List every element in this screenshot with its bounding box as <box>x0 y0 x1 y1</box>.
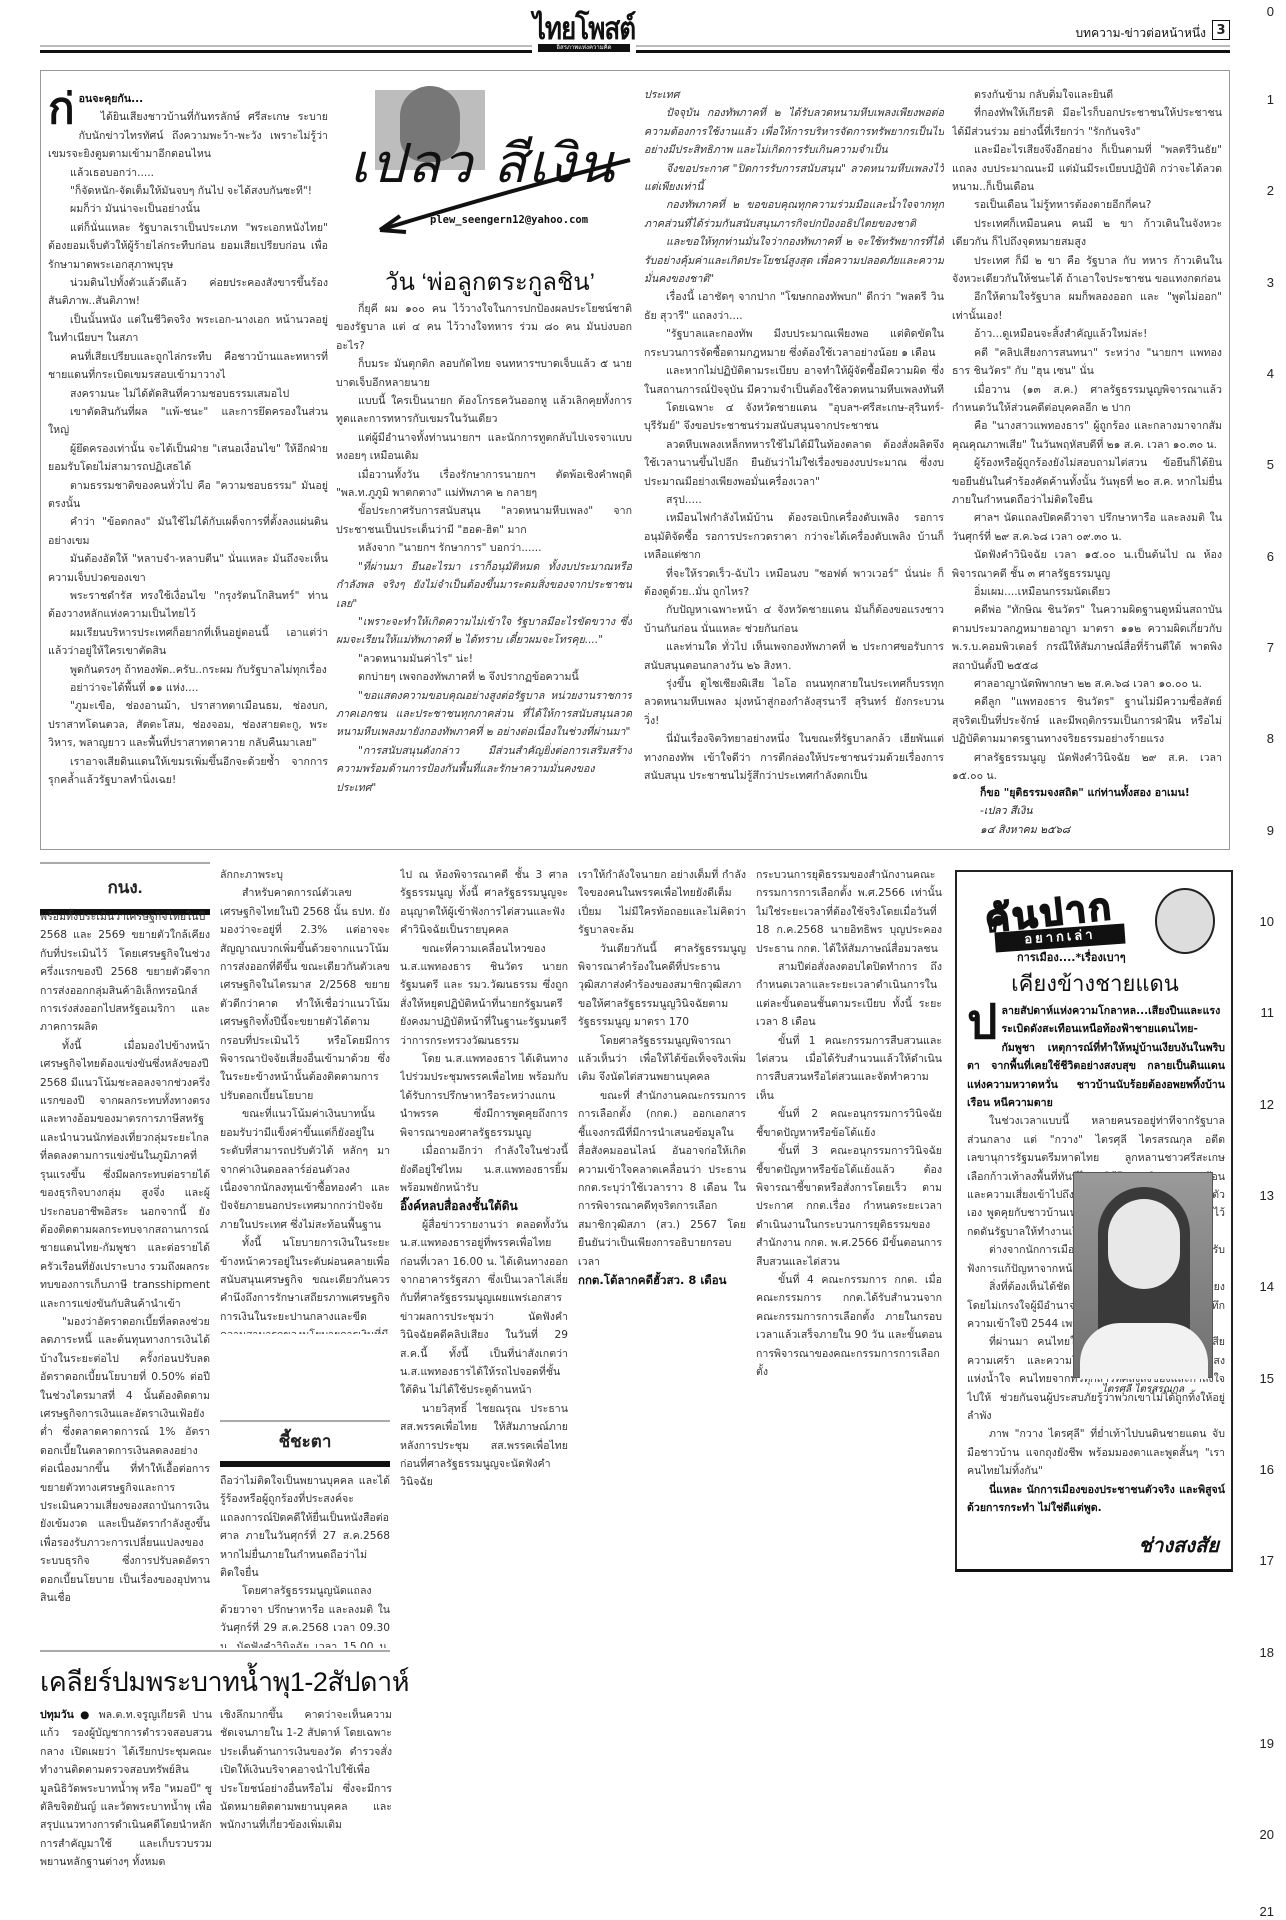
paragraph: โดยศาลรัฐธรรมนูญนัดแถลงด้วยวาจา ปรึกษาหา… <box>220 1582 390 1648</box>
paragraph: กระบวนการยุติธรรมของสำนักงานคณะกรรมการกา… <box>756 866 942 958</box>
paragraph: เราให้กำลังใจนายก อย่างเต็มที่ กำลังใจขอ… <box>578 866 746 940</box>
paragraph: ขั้นที่ 4 คณะกรรมการ กกต. เมื่อคณะกรรมกา… <box>756 1271 942 1381</box>
paragraph: เขาตัดสินกันที่ผล "แพ้-ชนะ" และการยึดครอ… <box>48 403 328 440</box>
paragraph: ได้ยินเสียงชาวบ้านที่กันทรลักษ์ ศรีสะเกษ… <box>48 108 328 163</box>
ruler-mark: 17 <box>1260 1553 1274 1568</box>
paragraph: ศาลรัฐธรรมนูญ นัดฟังคำวินิจฉัย ๒๙ ส.ค. เ… <box>952 749 1222 786</box>
paragraph: คำว่า "ข้อตกลง" มันใช้ไม่ได้กับเผด็จการท… <box>48 513 328 550</box>
section-header: ชี้ชะตา <box>220 1428 390 1455</box>
paragraph: พูดกันตรงๆ ถ้าทองพัด..ครับ..กระผม กับรัฐ… <box>48 661 328 679</box>
paragraph: "การสนับสนุนดังกล่าว มีส่วนสำคัญยิ่งต่อก… <box>336 742 632 797</box>
dropcap: ก่ <box>48 90 75 128</box>
middle-column-2: เราให้กำลังใจนายก อย่างเต็มที่ กำลังใจขอ… <box>578 866 746 1920</box>
paragraph: สงครามนะ ไม่ได้ตัดสินที่ความชอบธรรมเสมอไ… <box>48 385 328 403</box>
paragraph: "รัฐบาลและกองทัพ มีงบประมาณเพียงพอ แต่ติ… <box>644 325 944 362</box>
paragraph: ถือว่าไม่ติดใจเป็นพยานบุคคล และได้รู้ร้อ… <box>220 1472 390 1582</box>
politician-photo <box>1073 1172 1213 1378</box>
paragraph: ขั้นที่ 3 คณะอนุกรรมการวินิจฉัยชี้ขาดปัญ… <box>756 1142 942 1271</box>
middle-column-1: ไป ณ ห้องพิจารณาคดี ชั้น 3 ศาลรัฐธรรมนูญ… <box>400 866 568 1646</box>
paragraph: อีกให้ตามใจรัฐบาล ผมก็พลองออก และ "พูดไม… <box>952 288 1222 325</box>
ruler-mark: 0 <box>1267 4 1274 19</box>
verdict-column: ถือว่าไม่ติดใจเป็นพยานบุคคล และได้รู้ร้อ… <box>220 1472 390 1648</box>
paragraph: โดยเฉพาะ ๔ จังหวัดชายแดน "อุบลฯ-ศรีสะเกษ… <box>644 399 944 436</box>
plew-column-4: ตรงกันข้าม กลับติ่มใจและยินดี ที่กองทัพใ… <box>952 86 1222 842</box>
column-title: เคียงข้างชายแดน <box>967 966 1223 1001</box>
plew-column-3: ประเทศ ปัจจุบัน กองทัพภาคที่ ๒ ได้รับลวด… <box>644 86 944 842</box>
paragraph: มันต้องอัดให้ "หลาบจำ-หลาบตีน" นั่นแหละ … <box>48 550 328 587</box>
paragraph: สรุป..... <box>644 491 944 509</box>
paragraph: ตรงกันข้าม กลับติ่มใจและยินดี <box>952 86 1222 104</box>
paragraph: ลายสัปดาห์แห่งความโกลาหล...เสียงปืนและแร… <box>967 1005 1225 1109</box>
paragraph: "มองว่าอัตราดอกเบี้ยที่ลดลงช่วยลดภาระหนี… <box>40 1313 210 1608</box>
paragraph: ขั้อประกาศรับการสนับสนุน "ลวดหนามหีบเพลง… <box>336 502 632 539</box>
paragraph: แต่ผู้มีอำนาจทั้งท่านนายกฯ และนักการทูตก… <box>336 429 632 466</box>
paragraph: ลวดหีบเพลงเหล็กทหารใช้ไม่ได้มีในท้องตลาด… <box>644 436 944 491</box>
ruler-mark: 19 <box>1260 1736 1274 1751</box>
news-column-2: เชิงลึกมากขึ้น คาดว่าจะเห็นความชัดเจนภาย… <box>220 1706 392 1920</box>
article-title: วัน ‘พ่อลูกตระกูลชิน’ <box>340 262 640 301</box>
paragraph: และหากไม่ปฏิบัติตามระเบียบ อาจทำให้ผู้จั… <box>644 362 944 399</box>
paragraph: ขณะที่แนวโน้มค่าเงินบาทนั้น ยอมรับว่ามีแ… <box>220 1105 390 1234</box>
sub-headline: กกต.โต้ลากคดีฮั้วสว. 8 เดือน <box>578 1271 746 1289</box>
ruler-mark: 14 <box>1260 1279 1274 1294</box>
paragraph: พร้อมทั้งประเมินว่าเศรษฐกิจไทยในปี 2568 … <box>40 908 210 1037</box>
paragraph: เชิงลึกมากขึ้น คาดว่าจะเห็นความชัดเจนภาย… <box>220 1706 392 1835</box>
paragraph: อย่าว่าจะได้พื้นที่ ๑๑ แห่ง.... <box>48 679 328 697</box>
paragraph: ปัจจุบัน กองทัพภาคที่ ๒ ได้รับลวดหนามหีบ… <box>644 104 944 159</box>
paragraph: ศาลฯ นัดแถลงปิดคดีวาจา ปรึกษาหารือ และลง… <box>952 509 1222 546</box>
dateline: ปทุมวัน <box>40 1709 74 1721</box>
paragraph: คือ "นางสาวแพทองธาร" ผู้ถูกร้อง และกลางม… <box>952 417 1222 454</box>
date: ๑๔ สิงหาคม ๒๕๖๘ <box>980 821 1226 839</box>
ruler-mark: 1 <box>1267 92 1274 107</box>
paragraph: นี่มันเรื่องจิตวิทยาอย่างหนึ่ง ในขณะที่ร… <box>644 730 944 785</box>
photo-shirt <box>1080 1323 1208 1379</box>
paragraph: ขั้นที่ 2 คณะอนุกรรมการวินิจฉัยชี้ขาดปัญ… <box>756 1105 942 1142</box>
paragraph: "ที่ผ่านมา ยืนอะไรมา เราก็อนุมัติหมด ทั้… <box>336 558 632 613</box>
ruler-mark: 9 <box>1267 823 1274 838</box>
news-column-1: ปทุมวัน ● พล.ต.ท.จรูญเกียรติ ปานแก้ว รอง… <box>40 1706 212 1920</box>
ruler-mark: 8 <box>1267 731 1274 746</box>
khanpak-column-box: คันปาก อยากเล่า การเมือง....*เรื่องเบาๆ … <box>955 870 1233 1572</box>
paragraph: และขอให้ทุกท่านมั่นใจว่ากองทัพภาคที่ ๒ จ… <box>644 233 944 288</box>
paragraph: ผู้สื่อข่าวรายงานว่า ตลอดทั้งวัน น.ส.แพท… <box>400 1216 568 1400</box>
paragraph: ลักกะภาพระบุ <box>220 866 390 884</box>
paragraph: แล้วเธอบอกว่า..... <box>48 164 328 182</box>
paragraph: "ลวดหนามมันค่าไร" น่ะ! <box>336 650 632 668</box>
paragraph: วันเดียวกันนี้ ศาลรัฐธรรมนูญพิจารณาคำร้อ… <box>578 940 746 1032</box>
paragraph: โดย น.ส.แพทองธาร ได้เดินทางไปร่วมประชุมพ… <box>400 1050 568 1142</box>
newspaper-logo: ไทยโพสต์ อิสรภาพแห่งความคิด <box>532 14 636 54</box>
paragraph: ไป ณ ห้องพิจารณาคดี ชั้น 3 ศาลรัฐธรรมนูญ… <box>400 866 568 940</box>
economy-column-1: พร้อมทั้งประเมินว่าเศรษฐกิจไทยในปี 2568 … <box>40 908 210 1648</box>
paragraph: ที่กองทัพให้เกียรติ มีอะไรก็บอกประชาชนให… <box>952 104 1222 141</box>
page-ruler: 0 1 2 3 4 5 6 7 8 9 10 11 12 13 14 15 16… <box>1246 0 1286 1920</box>
paragraph: แต่ก็นั่นแหละ รัฐบาลเราเป็นประเภท "พระเอ… <box>48 219 328 274</box>
paragraph: ตกบ่ายๆ เพจกองทัพภาคที่ ๒ จึงปรากฏข้อควา… <box>336 668 632 686</box>
paragraph: "เพราะจะทำให้เกิดความไม่เข้าใจ รัฐบาลมีอ… <box>336 613 632 650</box>
ruler-mark: 3 <box>1267 275 1274 290</box>
paragraph: เหมือนไฟกำลังไหม้บ้าน ต้องรอเบิกเครื่องด… <box>644 509 944 564</box>
ruler-mark: 20 <box>1260 1827 1274 1842</box>
ruler-mark: 21 <box>1260 1904 1274 1919</box>
paragraph: ผมเรียนบริหารประเทศก็อยากที่เห็นอยู่ตอนน… <box>48 624 328 661</box>
bullet-icon: ● <box>80 1709 92 1721</box>
plew-column-logo: เปลว สีเงิน plew_seengern12@yahoo.com <box>330 80 650 240</box>
paragraph: "ภูมะเขือ, ช่องอานม้า, ปราสาทตาเมือนธม, … <box>48 697 328 752</box>
closing-statement: นี่แหละ นักการเมืองของประชาชนตัวจริง และ… <box>967 1481 1225 1518</box>
paragraph: หลังจาก "นายกฯ รักษาการ" บอกว่า...... <box>336 539 632 557</box>
paragraph: ประเทศ ก็มี ๒ ขา คือ รัฐบาล กับ ทหาร ก้า… <box>952 252 1222 289</box>
paragraph: สามปีต่อสั่งลงตอบไดปิดทำการ ถึงกำหนดเวลา… <box>756 958 942 1032</box>
paragraph: พล.ต.ท.จรูญเกียรติ ปานแก้ว รองผู้บัญชากา… <box>40 1709 212 1868</box>
paragraph: รุ่งขึ้น ดูไซเซียงผิเสีย ไอโอ ถนนทุกสายใ… <box>644 675 944 730</box>
ruler-mark: 10 <box>1260 914 1274 929</box>
paragraph: กับปัญหาเฉพาะหน้า ๔ จังหวัดชายแดน มันก็ต… <box>644 601 944 638</box>
divider <box>220 1461 390 1467</box>
news-headline: เคลียร์ปมพระบาทน้ำพุ1-2สัปดาห์ <box>40 1660 396 1703</box>
paragraph: อิ่มเผม....เหมือนกรรมนัดเดียว <box>952 583 1222 601</box>
paragraph: ก็บมระ มันตุกติก ลอบกัดไทย จนทหารฯบาดเจ็… <box>336 355 632 392</box>
paragraph: อ้าว...ดูเหมือนจะสิ้งสำคัญแล้วใหม่ล่ะ! <box>952 325 1222 343</box>
paragraph: เราอาจเสียดินแดนให้เขมรเพิ่มขึ้นอีกจะด้ว… <box>48 753 328 790</box>
logo-name: ไทยโพสต์ <box>532 11 636 45</box>
paragraph: พระราชดำรัส ทรงใช้เงื่อนไข "กรุงรัตนโกสิ… <box>48 587 328 624</box>
paragraph: สำหรับคาดการณ์ตัวเลขเศรษฐกิจไทยในปี 2568… <box>220 884 390 1105</box>
paragraph: "ก็จัดหนัก-จัดเต็มให้มันจบๆ กันไป จะได้ส… <box>48 182 328 200</box>
plew-column-2: กี่ยุคี ผม ๑๐๐ คน ไว้วางใจในการปกป้องผลป… <box>336 300 632 840</box>
paragraph: น่วมดินไปทั้งตัวแล้วดีแล้ว ค่อยประคองสัง… <box>48 274 328 311</box>
cartoon-character-icon <box>1155 888 1215 954</box>
page-number: 3 <box>1212 20 1230 40</box>
paragraph: ขณะที่ความเคลื่อนไหวของ น.ส.แพทองธาร ชิน… <box>400 940 568 1050</box>
paragraph: ประเทศ <box>644 86 944 104</box>
paragraph: ภาพ "กวาง ไตรศุลี" ที่ย่ำเท้าไปบนดินชายแ… <box>967 1425 1225 1480</box>
paragraph: เมื่อถามอีกว่า กำลังใจในช่วงนี้ยังดีอยู่… <box>400 1142 568 1197</box>
paragraph: เรื่องนี้ เอาชัดๆ จากปาก "โฆษกกองทัพบก" … <box>644 288 944 325</box>
byline: -เปลว สีเงิน <box>980 802 1226 820</box>
paragraph: คดีลูก "แพทองธาร ชินวัตร" ฐานไม่มีความซื… <box>952 693 1222 748</box>
paragraph: ผู้ร้องหรือผู้ถูกร้องยังไม่สอบถามไต่สวน … <box>952 454 1222 509</box>
paragraph: ผมก็ว่า มันน่าจะเป็นอย่างนั้น <box>48 200 328 218</box>
dropcap: ป <box>967 1002 997 1042</box>
divider <box>40 1650 390 1652</box>
divider <box>220 1420 390 1422</box>
intro-bold: อนจะคุยกัน... <box>79 93 144 105</box>
plew-closing: ก็ขอ "ยุติธรรมจงสถิต" แก่ท่านทั้งสอง อาเ… <box>980 784 1226 839</box>
sub-headline: อิ๊งค์หลบสื่อลงชั้นใต้ดิน <box>400 1197 568 1215</box>
ruler-mark: 7 <box>1267 640 1274 655</box>
ruler-mark: 11 <box>1261 1005 1275 1020</box>
masthead: ไทยโพสต์ อิสรภาพแห่งความคิด บทความ-ข่าวต… <box>40 14 1230 56</box>
paragraph: ศาลอาญานัดพิพากษา ๒๒ ส.ค.๖๘ เวลา ๑๐.๐๐ น… <box>952 675 1222 693</box>
ruler-mark: 5 <box>1267 457 1274 472</box>
paragraph: ตามธรรมชาติของคนทั่วไป คือ "ความชอบธรรม"… <box>48 477 328 514</box>
columnist-email[interactable]: plew_seengern12@yahoo.com <box>430 214 588 226</box>
column-signature: ช่างสงสัย <box>1139 1529 1219 1561</box>
photo-face <box>1108 1199 1180 1289</box>
paragraph: นายวิสุทธิ์ ไชยณรุณ ประธานสส.พรรคเพื่อไท… <box>400 1400 568 1492</box>
closing-statement: ก็ขอ "ยุติธรรมจงสถิต" แก่ท่านทั้งสอง อาเ… <box>980 784 1226 802</box>
paragraph: แบบนี้ ใครเป็นนายก ต้องโกรธควันออกหู แล้… <box>336 392 632 429</box>
paragraph: กองทัพภาคที่ ๒ ขอขอบคุณทุกความร่วมมือและ… <box>644 196 944 233</box>
ruler-mark: 2 <box>1267 183 1274 198</box>
paragraph: และมีอะไรเสียงจึงอีกอย่าง ก็เป็นตามที่ "… <box>952 141 1222 196</box>
ruler-mark: 13 <box>1260 1188 1274 1203</box>
middle-column-3: กระบวนการยุติธรรมของสำนักงานคณะกรรมการกา… <box>756 866 942 1920</box>
section-header: กนง. <box>40 874 210 901</box>
ruler-mark: 16 <box>1260 1462 1274 1477</box>
paragraph: ขณะที่ สำนักงานคณะกรรมการการเลือกตั้ง (ก… <box>578 1087 746 1271</box>
photo-caption: ไตรศุลี ไตรสรณกุล <box>1073 1382 1213 1397</box>
khanpak-logo: คันปาก อยากเล่า <box>975 884 1225 954</box>
plew-script-logo: เปลว สีเงิน <box>350 120 616 206</box>
paragraph: นัดฟังคำวินิจฉัย เวลา ๑๕.๐๐ น.เป็นต้นไป … <box>952 546 1222 583</box>
paragraph: จึงขอประกาศ "ปิดการรับการสนับสนุน" ลวดหน… <box>644 160 944 197</box>
ruler-mark: 4 <box>1267 366 1274 381</box>
paragraph: "ขอแสดงความขอบคุณอย่างสูงต่อรัฐบาล หน่วย… <box>336 687 632 742</box>
paragraph: และท่ามใด ทั่วไป เห็นเพจกองทัพภาคที่ ๒ ป… <box>644 638 944 675</box>
column-subtitle: การเมือง....*เรื่องเบาๆ <box>1017 948 1126 966</box>
ruler-mark: 6 <box>1267 549 1274 564</box>
paragraph: คดี "คลิปเสียงการสนทนา" ระหว่าง "นายกฯ แ… <box>952 344 1222 381</box>
paragraph: เมื่อวานทั้งวัน เรื่องรักษาการนายกฯ ตัดพ… <box>336 466 632 503</box>
paragraph: กี่ยุคี ผม ๑๐๐ คน ไว้วางใจในการปกป้องผลป… <box>336 300 632 355</box>
divider <box>40 862 210 864</box>
paragraph: ผู้ยึดครองเท่านั้น จะได้เป็นฝ่าย "เสนอเง… <box>48 440 328 477</box>
economy-column-2: ลักกะภาพระบุ สำหรับคาดการณ์ตัวเลขเศรษฐกิ… <box>220 866 390 1334</box>
paragraph: ที่จะให้รวดเร็ว-ฉับไว เหมือนงบ "ซอฟต์ พา… <box>644 565 944 602</box>
paragraph: โดยศาลรัฐธรรมนูญพิจารณาแล้วเห็นว่า เพื่อ… <box>578 1032 746 1087</box>
news-divider <box>40 1650 390 1652</box>
paragraph: คดีพ่อ "ทักษิณ ชินวัตร" ในความผิดฐานดูหม… <box>952 601 1222 675</box>
ruler-mark: 12 <box>1260 1097 1274 1112</box>
paragraph: ทั้งนี้ เมื่อมองไปข้างหน้า เศรษฐกิจไทยต้… <box>40 1037 210 1313</box>
paragraph: เมื่อวาน (๑๓ ส.ค.) ศาลรัฐธรรมนูญพิจารณาแ… <box>952 381 1222 418</box>
paragraph: รอเป็นเดือน ไม่รู้ทหารต้องตายอีกกี่คน? <box>952 196 1222 214</box>
paragraph: เป็นนั้นหนัง แต่ในชีวิตจริง พระเอก-นางเอ… <box>48 311 328 348</box>
paragraph: ประเทศก็เหมือนคน คนมี ๒ ขา ก้าวเดินในจัง… <box>952 215 1222 252</box>
verdict-section: ชี้ชะตา <box>220 1420 390 1467</box>
paragraph: ทั้งนี้ นโยบายการเงินในระยะข้างหน้าควรอย… <box>220 1234 390 1334</box>
plew-column-1: ก่อนจะคุยกัน... ได้ยินเสียงชาวบ้านที่กัน… <box>48 90 328 840</box>
ruler-mark: 18 <box>1260 1645 1274 1660</box>
ruler-mark: 15 <box>1260 1371 1274 1386</box>
paragraph: ขั้นที่ 1 คณะกรรมการสืบสวนและไต่สวน เมื่… <box>756 1032 942 1106</box>
section-label: บทความ-ข่าวต่อหน้าหนึ่ง <box>1068 24 1206 43</box>
paragraph: คนที่เสียเปรียบและถูกไล่กระทืบ คือชาวบ้า… <box>48 348 328 385</box>
